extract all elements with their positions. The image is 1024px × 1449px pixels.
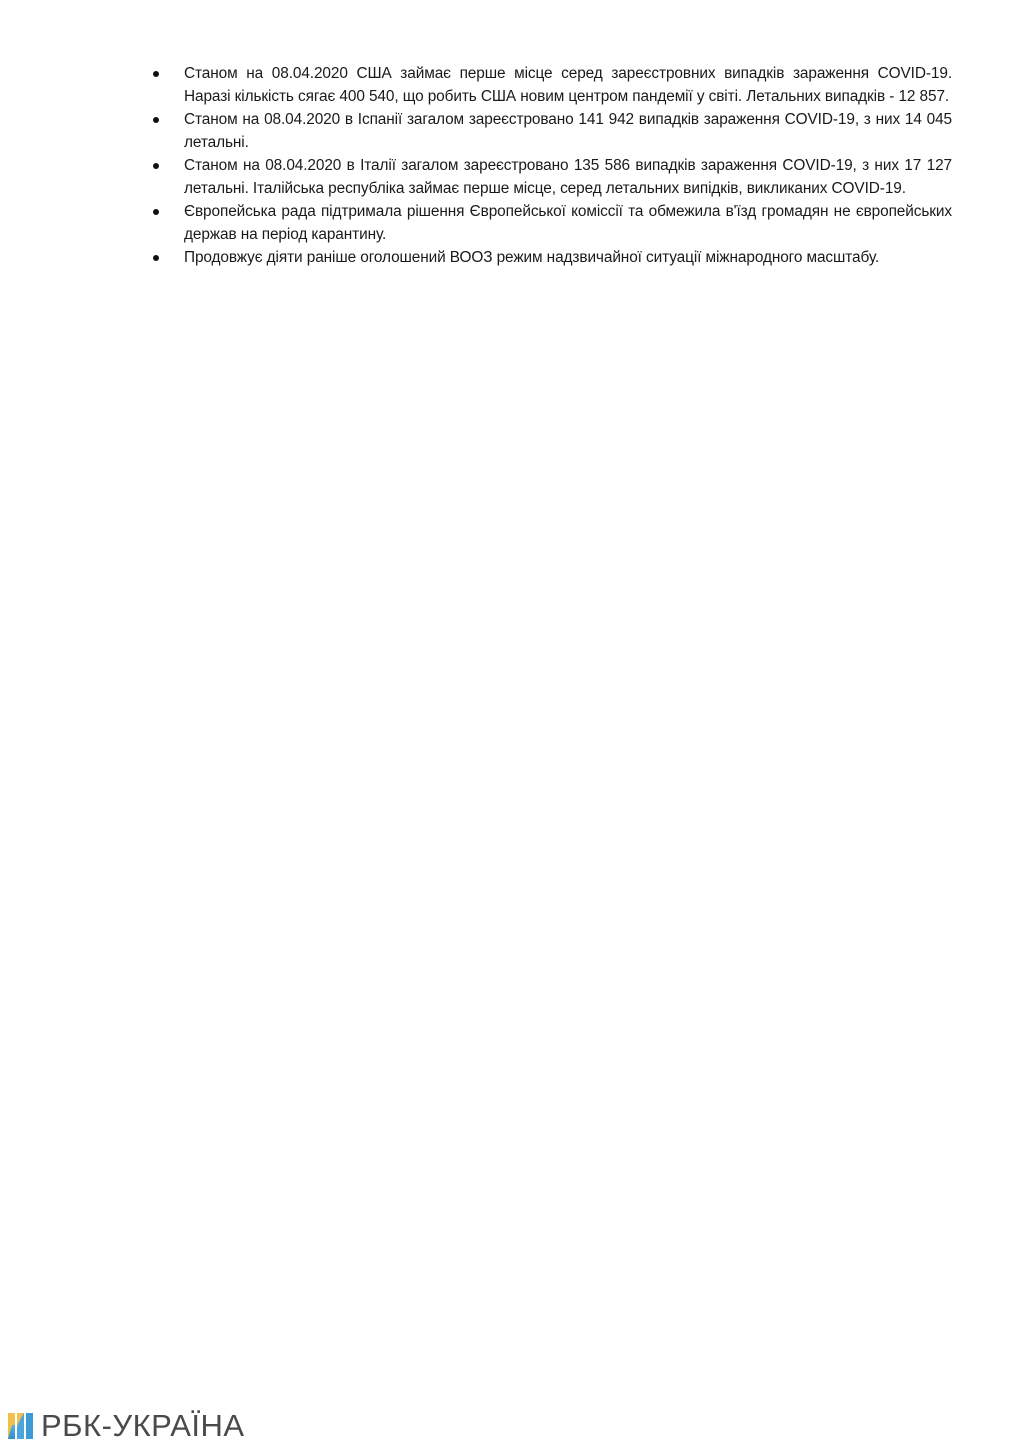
bullet-item: Продовжує діяти раніше оголошений ВООЗ р…: [150, 246, 952, 269]
bullet-icon: [153, 71, 159, 77]
rbc-bars-icon: [8, 1413, 33, 1439]
logo-text: РБК-УКРАЇНА: [41, 1408, 245, 1444]
bullet-item: Станом на 08.04.2020 в Іспанії загалом з…: [150, 108, 952, 154]
bullet-item: Європейська рада підтримала рішення Євро…: [150, 200, 952, 246]
bullet-item: Станом на 08.04.2020 в Італії загалом за…: [150, 154, 952, 200]
bullet-icon: [153, 163, 159, 169]
bullet-item: Станом на 08.04.2020 США займає перше мі…: [150, 62, 952, 108]
rbc-ukraine-logo: РБК-УКРАЇНА: [8, 1409, 245, 1443]
bullet-icon: [153, 209, 159, 215]
bullet-icon: [153, 255, 159, 261]
bullet-text: Продовжує діяти раніше оголошений ВООЗ р…: [184, 249, 879, 266]
bullet-text: Станом на 08.04.2020 в Італії загалом за…: [184, 157, 952, 197]
bullet-text: Європейська рада підтримала рішення Євро…: [184, 203, 952, 243]
bullet-text: Станом на 08.04.2020 США займає перше мі…: [184, 65, 952, 105]
bullet-list: Станом на 08.04.2020 США займає перше мі…: [150, 62, 952, 269]
bullet-icon: [153, 117, 159, 123]
bullet-text: Станом на 08.04.2020 в Іспанії загалом з…: [184, 111, 952, 151]
